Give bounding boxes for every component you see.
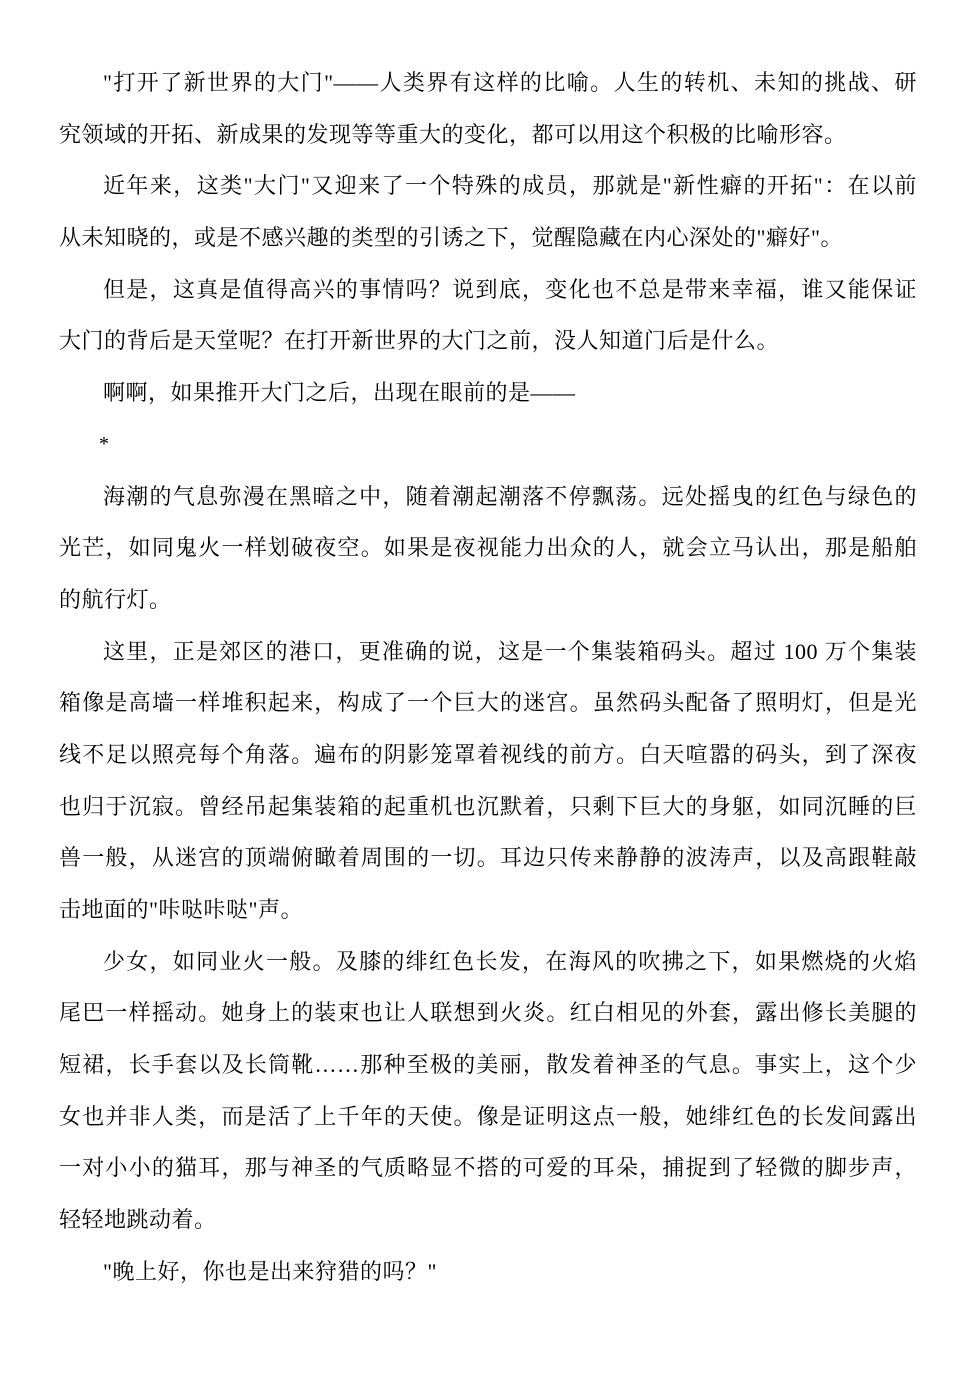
paragraph: 少女，如同业火一般。及膝的绯红色长发，在海风的吹拂之下，如果燃烧的火焰尾巴一样摇…	[59, 936, 917, 1246]
text-line: 女也并非人类，而是活了上千年的天使。像是证明这点一般，她绯红色的长发间露出	[59, 1091, 917, 1143]
text-line: 轻轻地跳动着。	[59, 1194, 917, 1246]
text-line: "打开了新世界的大门"——人类界有这样的比喻。人生的转机、未知的挑战、研	[59, 57, 917, 109]
text-line: 近年来，这类"大门"又迎来了一个特殊的成员，那就是"新性癖的开拓"：在以前	[59, 160, 917, 212]
separator-line: *	[59, 419, 917, 471]
text-line: 少女，如同业火一般。及膝的绯红色长发，在海风的吹拂之下，如果燃烧的火焰	[59, 936, 917, 988]
text-line: 兽一般，从迷宫的顶端俯瞰着周围的一切。耳边只传来静静的波涛声，以及高跟鞋敲	[59, 832, 917, 884]
paragraph: 海潮的气息弥漫在黑暗之中，随着潮起潮落不停飘荡。远处摇曳的红色与绿色的光芒，如同…	[59, 471, 917, 626]
text-line: 击地面的"咔哒咔哒"声。	[59, 884, 917, 936]
text-line: 光芒，如同鬼火一样划破夜空。如果是夜视能力出众的人，就会立马认出，那是船舶	[59, 522, 917, 574]
text-line: 的航行灯。	[59, 574, 917, 626]
document-page: "打开了新世界的大门"——人类界有这样的比喻。人生的转机、未知的挑战、研究领域的…	[0, 0, 980, 1386]
paragraph: 啊啊，如果推开大门之后，出现在眼前的是——	[59, 367, 917, 419]
document-body: "打开了新世界的大门"——人类界有这样的比喻。人生的转机、未知的挑战、研究领域的…	[59, 57, 917, 1298]
text-line: 从未知晓的，或是不感兴趣的类型的引诱之下，觉醒隐藏在内心深处的"癖好"。	[59, 212, 917, 264]
text-line: 海潮的气息弥漫在黑暗之中，随着潮起潮落不停飘荡。远处摇曳的红色与绿色的	[59, 471, 917, 523]
text-line: 究领域的开拓、新成果的发现等等重大的变化，都可以用这个积极的比喻形容。	[59, 109, 917, 161]
text-line: 也归于沉寂。曾经吊起集装箱的起重机也沉默着，只剩下巨大的身躯，如同沉睡的巨	[59, 781, 917, 833]
paragraph: 但是，这真是值得高兴的事情吗？说到底，变化也不总是带来幸福，谁又能保证大门的背后…	[59, 264, 917, 367]
section-separator: *	[59, 419, 917, 471]
paragraph: "晚上好，你也是出来狩猎的吗？"	[59, 1246, 917, 1298]
text-line: 短裙，长手套以及长筒靴……那种至极的美丽，散发着神圣的气息。事实上，这个少	[59, 1039, 917, 1091]
paragraph: 近年来，这类"大门"又迎来了一个特殊的成员，那就是"新性癖的开拓"：在以前从未知…	[59, 160, 917, 263]
text-line: 尾巴一样摇动。她身上的装束也让人联想到火炎。红白相见的外套，露出修长美腿的	[59, 987, 917, 1039]
text-line: 线不足以照亮每个角落。遍布的阴影笼罩着视线的前方。白天喧嚣的码头，到了深夜	[59, 729, 917, 781]
paragraph: 这里，正是郊区的港口，更准确的说，这是一个集装箱码头。超过 100 万个集装箱像…	[59, 626, 917, 936]
text-line: 这里，正是郊区的港口，更准确的说，这是一个集装箱码头。超过 100 万个集装	[59, 626, 917, 678]
text-line: "晚上好，你也是出来狩猎的吗？"	[59, 1246, 917, 1298]
text-line: 啊啊，如果推开大门之后，出现在眼前的是——	[59, 367, 917, 419]
text-line: 一对小小的猫耳，那与神圣的气质略显不搭的可爱的耳朵，捕捉到了轻微的脚步声，	[59, 1142, 917, 1194]
text-line: 箱像是高墙一样堆积起来，构成了一个巨大的迷宫。虽然码头配备了照明灯，但是光	[59, 677, 917, 729]
paragraph: "打开了新世界的大门"——人类界有这样的比喻。人生的转机、未知的挑战、研究领域的…	[59, 57, 917, 160]
text-line: 大门的背后是天堂呢？在打开新世界的大门之前，没人知道门后是什么。	[59, 315, 917, 367]
text-line: 但是，这真是值得高兴的事情吗？说到底，变化也不总是带来幸福，谁又能保证	[59, 264, 917, 316]
